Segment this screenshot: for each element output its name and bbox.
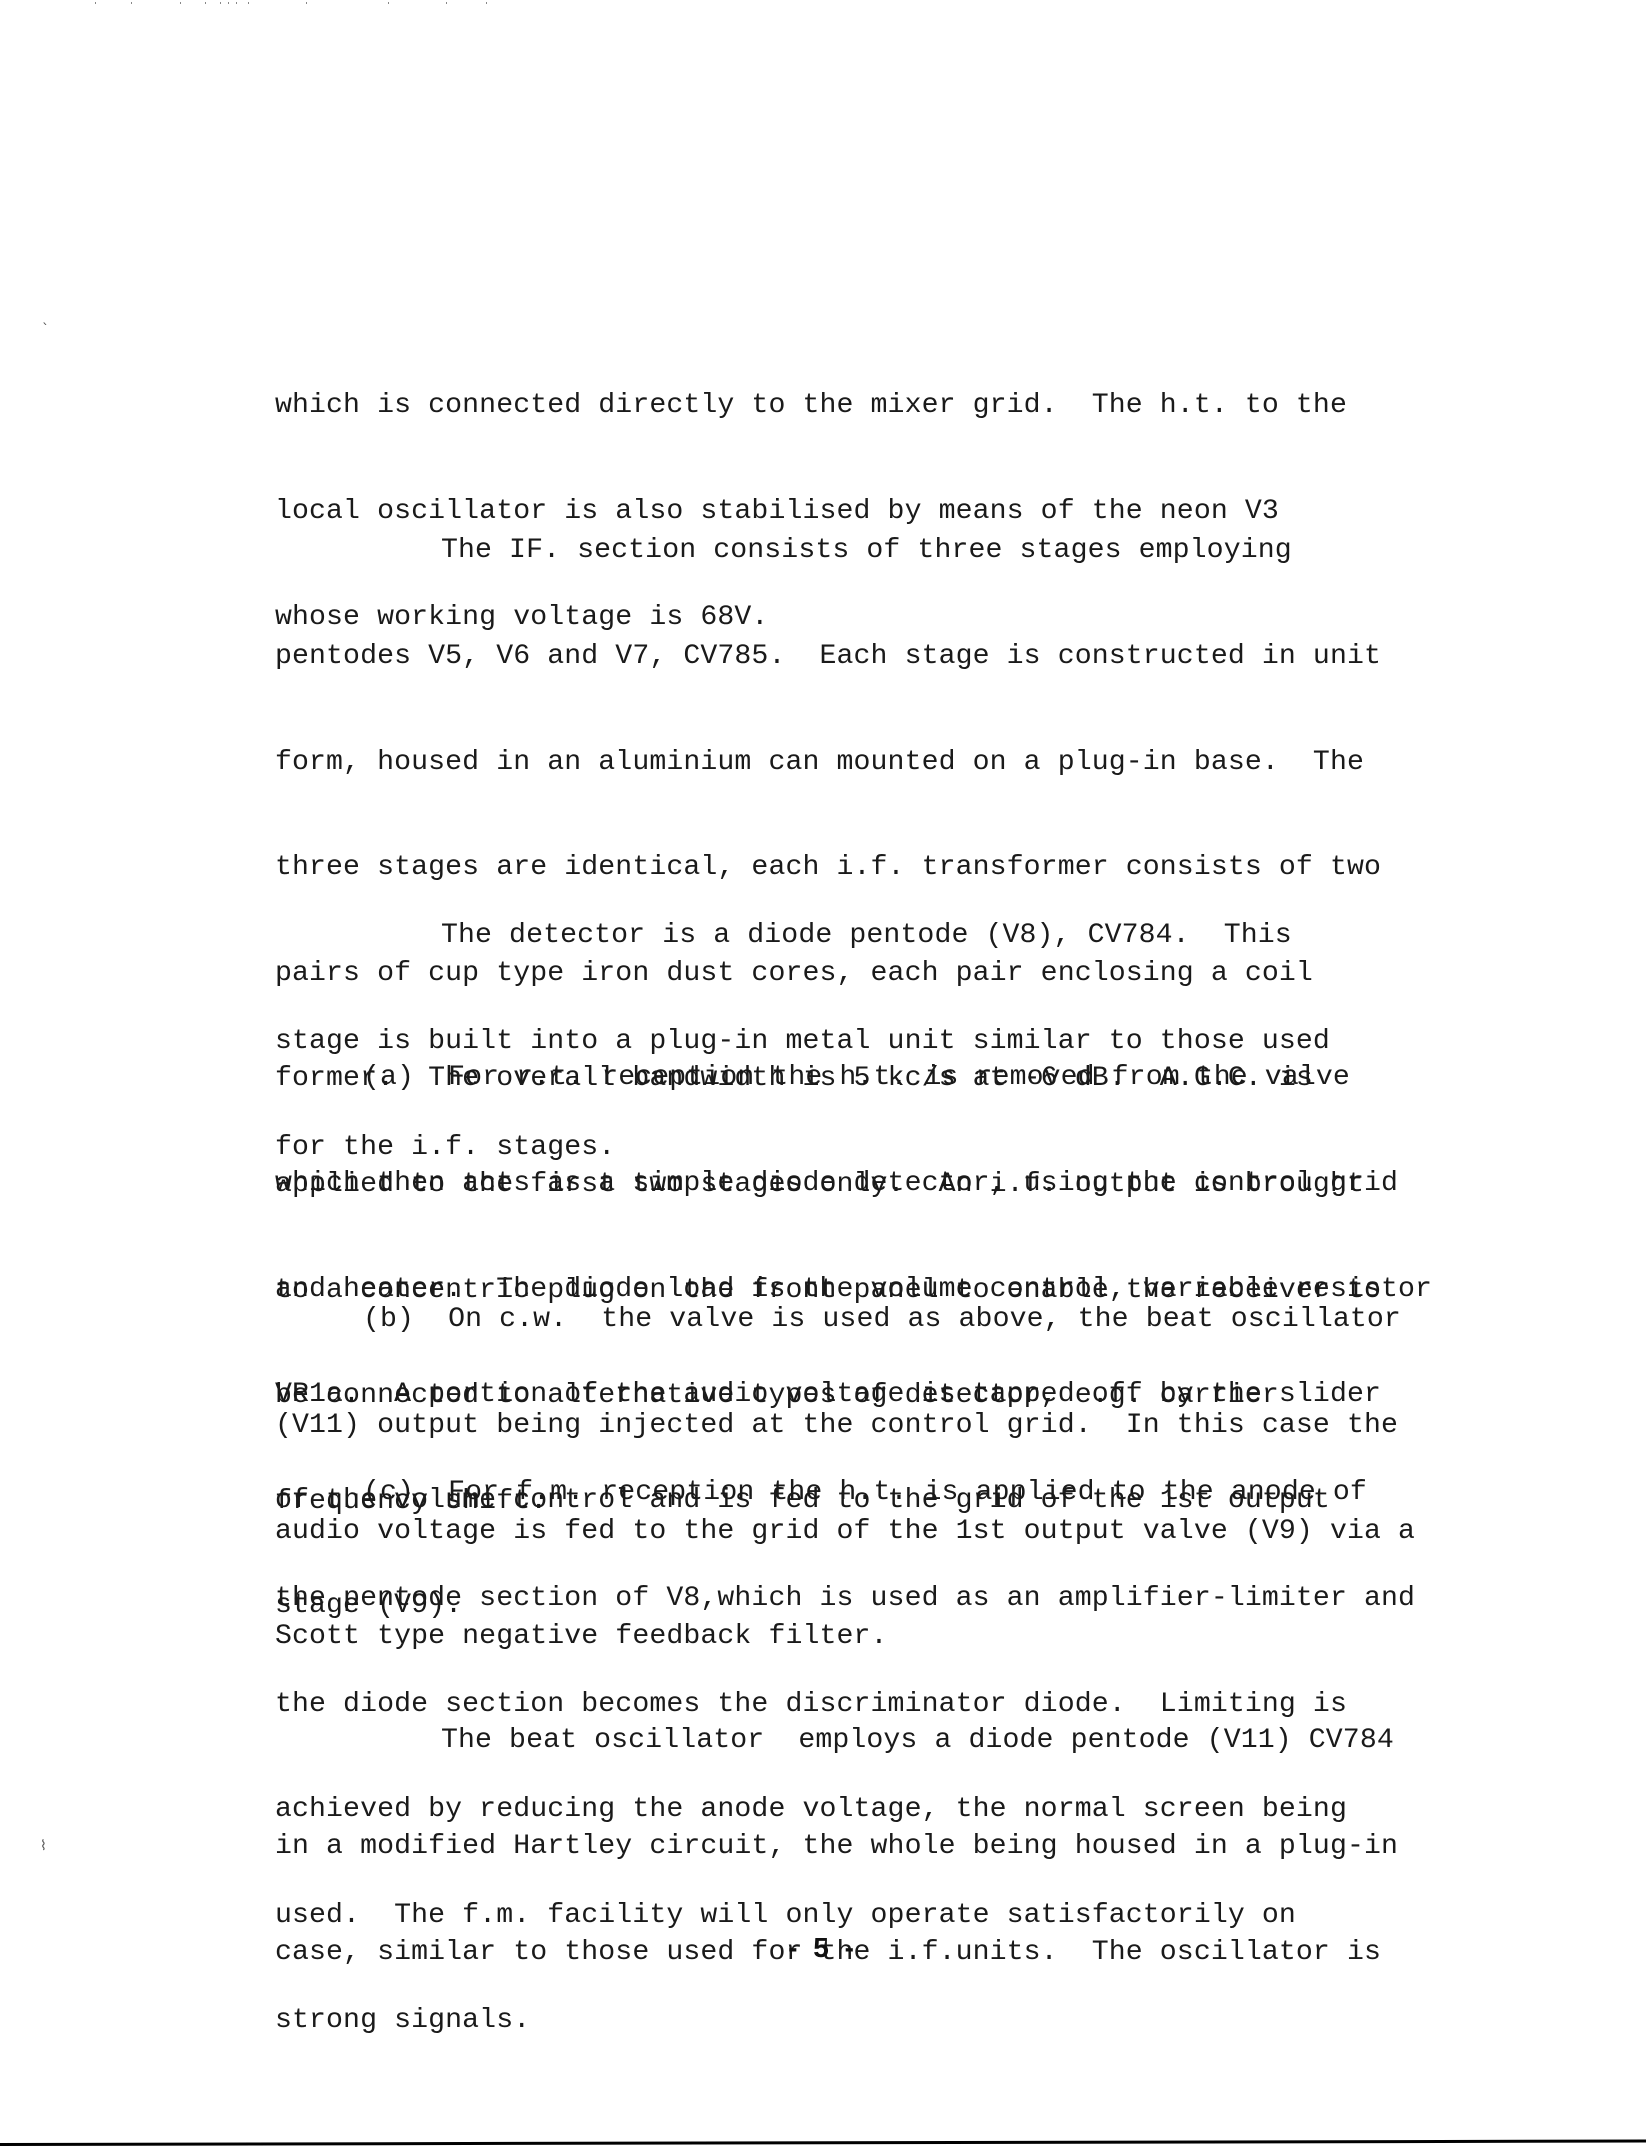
text-line: (b) On c.w. the valve is used as above, … xyxy=(275,1302,1415,1337)
document-page: ` ⌇ which is connected directly to the m… xyxy=(0,0,1646,2150)
text-line: the pentode section of V8,which is used … xyxy=(275,1581,1415,1616)
text-line: (a) For r.t. reception the h.t. is remov… xyxy=(275,1060,1432,1095)
scan-noise-top xyxy=(0,0,1646,12)
text-line: in a modified Hartley circuit, the whole… xyxy=(275,1829,1398,1864)
text-line: pentodes V5, V6 and V7, CV785. Each stag… xyxy=(275,639,1381,674)
paragraph-7: The beat oscillator employs a diode pent… xyxy=(275,1653,1398,2040)
text-line: form, housed in an aluminium can mounted… xyxy=(275,745,1381,780)
text-line: The beat oscillator employs a diode pent… xyxy=(275,1723,1398,1758)
page-number: - 5 - xyxy=(0,1932,1646,1964)
margin-mark: ⌇ xyxy=(40,1838,47,1854)
margin-mark: ` xyxy=(42,322,49,338)
text-line: The detector is a diode pentode (V8), CV… xyxy=(275,918,1330,953)
text-line: (c) For f.m. reception the h.t. is appli… xyxy=(275,1475,1415,1510)
text-line: which is connected directly to the mixer… xyxy=(275,388,1347,423)
text-line: The IF. section consists of three stages… xyxy=(275,533,1381,568)
text-line: which then acts as a simple diode detect… xyxy=(275,1166,1432,1201)
page-bottom-edge xyxy=(0,2140,1646,2146)
